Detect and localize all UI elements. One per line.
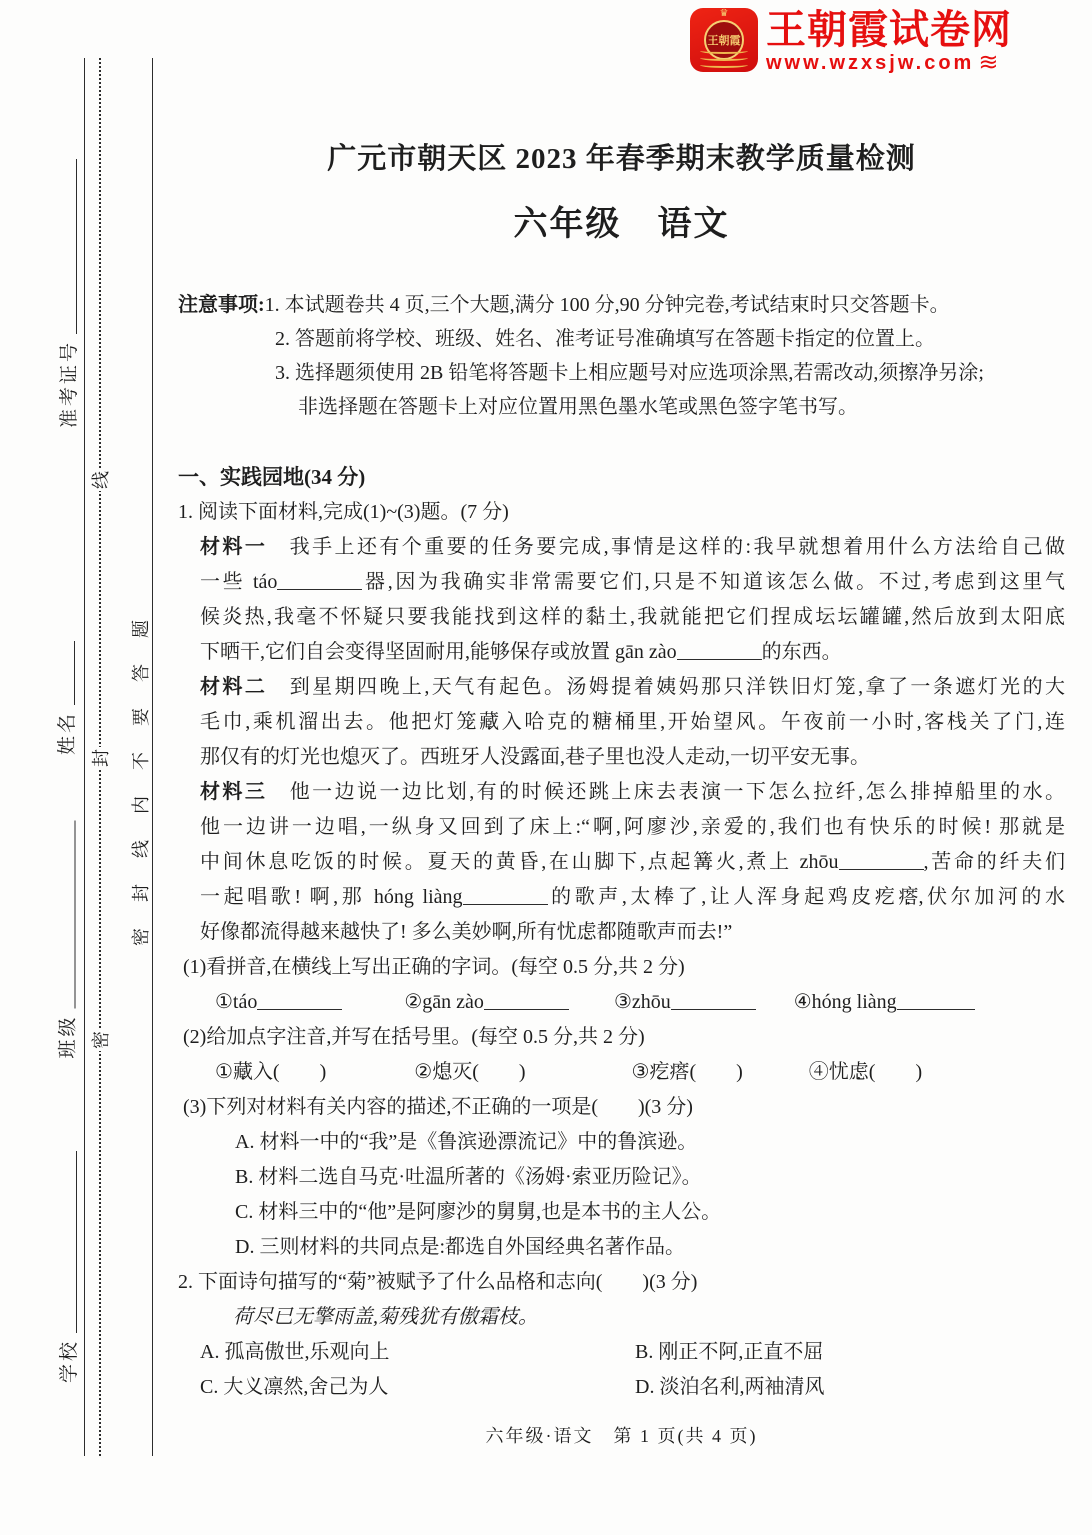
field-name: 姓名 [57,635,79,755]
question-1-2-heading: (2)给加点字注音,并写在括号里。(每空 0.5 分,共 2 分) [178,1020,1065,1055]
material-2-line: 那仅有的灯光也熄灭了。西班牙人没露面,巷子里也没人走动,一切平安无事。 [178,740,1065,775]
question-2-option-c: C. 大义凛然,舍己为人 [200,1370,635,1405]
brand-site-url: www.wzxsjw.com [766,52,974,74]
brand-logo-icon: ♛ 王朝霞 [690,8,758,72]
exam-subtitle: 六年级 语文 [178,196,1065,245]
notice-block: 注意事项:1. 本试题卷共 4 页,三个大题,满分 100 分,90 分钟完卷,… [178,288,1068,424]
brand-logo: ♛ 王朝霞 王朝霞试卷网 www.wzxsjw.com ≋ [690,8,1012,74]
exam-title: 广元市朝天区 2023 年春季期末教学质量检测 [178,136,1065,177]
question-2-options-row-2: C. 大义凛然,舍己为人 D. 淡泊名利,两袖清风 [178,1370,1065,1405]
question-2-option-b: B. 刚正不阿,正直不屈 [635,1335,823,1370]
material-3-line: 一起唱歌! 啊,那 hóng liàng的歌声,太棒了,让人浑身起鸡皮疙瘩,伏尔… [178,880,1065,915]
notice-line-1: 注意事项:1. 本试题卷共 4 页,三个大题,满分 100 分,90 分钟完卷,… [178,288,1068,322]
page-footer: 六年级·语文 第 1 页(共 4 页) [178,1422,1065,1448]
brand-site-name: 王朝霞试卷网 [766,8,1012,52]
question-1-2-blanks-row: ①藏入( )②熄灭( )③疙瘩( )④忧虑( ) [178,1055,1065,1090]
section-1-heading: 一、实践园地(34 分) [178,460,1065,495]
material-3-line: 材料三 他一边说一边比划,有的时候还跳上床去表演一下怎么拉纤,怎么排掉船里的水。 [178,775,1065,810]
material-1-line: 候炎热,我毫不怀疑只要我能找到这样的黏土,我就能把它们捏成坛坛罐罐,然后放到太阳… [178,600,1065,635]
material-3-line: 他一边讲一边唱,一纵身又回到了床上:“啊,阿廖沙,亲爱的,我们也有快乐的时候! … [178,810,1065,845]
question-1-3-heading: (3)下列对材料有关内容的描述,不正确的一项是( )(3 分) [178,1090,1065,1125]
question-2-option-d: D. 淡泊名利,两袖清风 [635,1370,824,1405]
field-school-label: 学校 [59,1339,80,1383]
field-school-blank [72,1151,77,1333]
field-school: 学校 [59,1143,81,1383]
field-class-blank [71,820,76,1008]
notice-label: 注意事项: [178,294,265,316]
question-1-1-heading: (1)看拼音,在横线上写出正确的字词。(每空 0.5 分,共 2 分) [178,950,1065,985]
notice-item-2: 2. 答题前将学校、班级、姓名、准考证号准确填写在答题卡指定的位置上。 [178,322,1068,356]
material-1-line: 一些 táo器,因为我确实非常需要它们,只是不知道该怎么做。不过,考虑到这里气 [178,565,1065,600]
notice-item-3: 3. 选择题须使用 2B 铅笔将答题卡上相应题号对应选项涂黑,若需改动,须擦净另… [178,356,1068,390]
material-2-line: 毛巾,乘机溜出去。他把灯笼藏入哈克的糖桶里,开始望风。午夜前一小时,客栈关了门,… [178,705,1065,740]
exam-body: 一、实践园地(34 分) 1. 阅读下面材料,完成(1)~(3)题。(7 分) … [178,460,1065,1405]
field-exam-number-label: 准考证号 [59,340,80,428]
question-2-heading: 2. 下面诗句描写的“菊”被赋予了什么品格和志向( )(3 分) [178,1265,1065,1300]
question-2-poem: 荷尽已无擎雨盖,菊残犹有傲霜枝。 [178,1300,1065,1335]
crown-icon: ♛ [690,9,758,19]
question-2-option-a: A. 孤高傲世,乐观向上 [200,1335,635,1370]
field-name-blank [70,641,75,705]
notice-item-3b: 非选择题在答题卡上对应位置用黑色墨水笔或黑色签字笔书写。 [178,390,1068,424]
field-class-label: 班级 [58,1014,79,1058]
field-exam-number: 准考证号 [59,148,81,428]
wave-stripes-icon [700,48,748,69]
question-2-options-row-1: A. 孤高傲世,乐观向上 B. 刚正不阿,正直不屈 [178,1335,1065,1370]
seal-char-mi: 密 [90,1029,112,1051]
material-1-line: 材料一 我手上还有个重要的任务要完成,事情是这样的:我早就想着用什么方法给自己做 [178,530,1065,565]
question-1-3-option-b: B. 材料二选自马克·吐温所著的《汤姆·索亚历险记》。 [178,1160,1065,1195]
material-2-line: 材料二 到星期四晚上,天气有起色。汤姆提着姨妈那只洋铁旧灯笼,拿了一条遮灯光的大 [178,670,1065,705]
question-1-3-option-d: D. 三则材料的共同点是:都选自外国经典名著作品。 [178,1230,1065,1265]
field-name-label: 姓名 [57,711,78,755]
material-3-line: 好像都流得越来越快了! 多么美妙啊,所有忧虑都随歌声而去!” [178,915,1065,950]
seal-solid-line-outer [152,58,153,1456]
field-exam-number-blank [72,159,77,334]
brand-emblem-text: 王朝霞 [708,32,741,48]
wave-glyph-icon: ≋ [978,52,998,74]
material-1-line: 下晒干,它们自会变得坚固耐用,能够保存或放置 gān zào的东西。 [178,635,1065,670]
material-3-line: 中间休息吃饭的时候。夏天的黄昏,在山脚下,点起篝火,煮上 zhōu,苦命的纤夫们 [178,845,1065,880]
seal-char-xian: 线 [90,469,112,491]
question-1-3-option-c: C. 材料三中的“他”是阿廖沙的舅舅,也是本书的主人公。 [178,1195,1065,1230]
brand-logo-text: 王朝霞试卷网 www.wzxsjw.com ≋ [766,8,1012,74]
seal-warning-text: 密封线内不要答题 [130,570,152,970]
field-class: 班级 [58,814,80,1059]
question-1-heading: 1. 阅读下面材料,完成(1)~(3)题。(7 分) [178,495,1065,530]
notice-item-1: 1. 本试题卷共 4 页,三个大题,满分 100 分,90 分钟完卷,考试结束时… [265,294,950,316]
exam-paper-page: 准考证号 姓名 班级 学校 线 封 密 密封线内不要答题 ♛ 王朝霞 王朝霞试卷… [0,0,1092,1535]
seal-char-feng: 封 [90,747,112,769]
seal-solid-line-inner [84,58,85,1456]
question-1-1-blanks-row: ①táo②gān zào③zhōu④hóng liàng [178,985,1065,1020]
question-1-3-option-a: A. 材料一中的“我”是《鲁滨逊漂流记》中的鲁滨逊。 [178,1125,1065,1160]
